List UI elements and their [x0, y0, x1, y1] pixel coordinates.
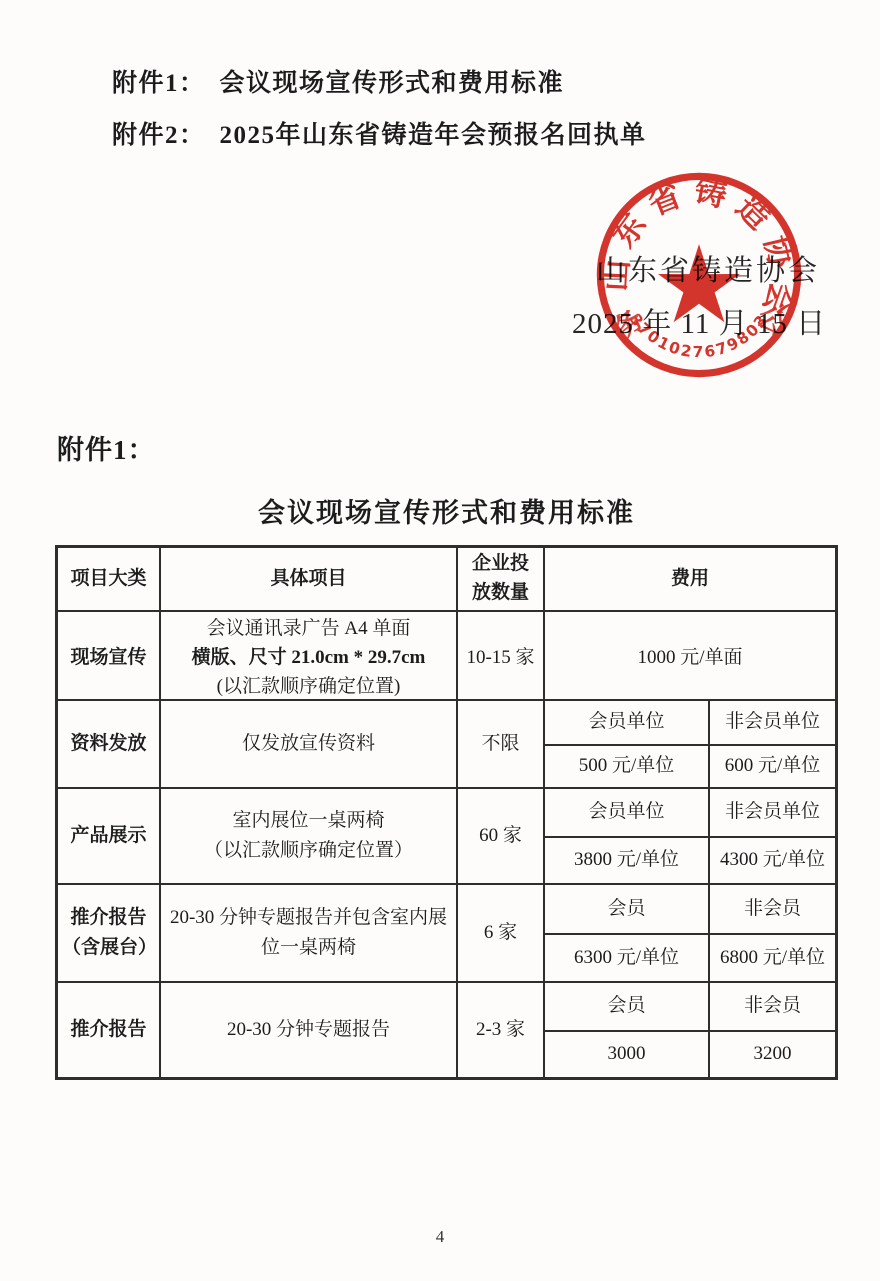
fee-nonmember-label: 非会员: [708, 885, 835, 933]
row-fee: 1000 元/单面: [543, 612, 835, 704]
row-quantity: 2-3 家: [456, 983, 543, 1077]
header-fee: 费用: [543, 548, 835, 610]
row-category: 现场宣传: [58, 612, 159, 704]
appendix-heading: 附件1：: [57, 428, 880, 467]
row-detail: 20-30 分钟专题报告: [159, 983, 456, 1077]
fee-nonmember-label: 非会员: [708, 983, 835, 1030]
table-row-onsite-promo: 现场宣传 会议通讯录广告 A4 单面 横版、尺寸 21.0cm * 29.7cm…: [58, 610, 835, 699]
row-category: 推介报告 （含展台）: [58, 885, 159, 981]
document-page: 附件1：会议现场宣传形式和费用标准 附件2：2025年山东省铸造年会预报名回执单…: [0, 0, 880, 1281]
row-quantity: 10-15 家: [456, 612, 543, 704]
table-title: 会议现场宣传形式和费用标准: [55, 491, 838, 530]
table-row-promo-report-with-booth: 推介报告 （含展台） 20-30 分钟专题报告并包含室内展位一桌两椅 6 家 会…: [58, 883, 835, 981]
row-fee-grid: 会员 非会员 6300 元/单位 6800 元/单位: [543, 885, 835, 981]
row-category: 推介报告: [58, 983, 159, 1077]
row-quantity: 60 家: [456, 789, 543, 883]
fee-member-value: 3800 元/单位: [545, 836, 708, 883]
table-row-product-display: 产品展示 室内展位一桌两椅 （以汇款顺序确定位置） 60 家 会员单位 非会员单…: [58, 787, 835, 883]
signature-block: 山东省铸造协会 2025 年 11 月 15 日 山东省铸造协会 3701027…: [552, 162, 858, 397]
attachment-1-title: 会议现场宣传形式和费用标准: [220, 70, 565, 97]
row-quantity: 不限: [456, 701, 543, 787]
table-row-material-distribution: 资料发放 仅发放宣传资料 不限 会员单位 非会员单位 500 元/单位 600 …: [58, 699, 835, 787]
attachment-line-1: 附件1：会议现场宣传形式和费用标准: [112, 70, 880, 99]
row-fee-grid: 会员单位 非会员单位 3800 元/单位 4300 元/单位: [543, 789, 835, 883]
fee-nonmember-label: 非会员单位: [708, 701, 835, 744]
fee-nonmember-value: 3200: [708, 1030, 835, 1077]
fee-member-label: 会员单位: [545, 701, 708, 744]
fee-nonmember-value: 4300 元/单位: [708, 836, 835, 883]
fee-member-label: 会员: [545, 885, 708, 933]
attachment-list: 附件1：会议现场宣传形式和费用标准 附件2：2025年山东省铸造年会预报名回执单: [112, 0, 880, 151]
row-fee-grid: 会员单位 非会员单位 500 元/单位 600 元/单位: [543, 701, 835, 787]
fee-member-label: 会员: [545, 983, 708, 1030]
row-category: 产品展示: [58, 789, 159, 883]
organization-name: 山东省铸造协会: [596, 248, 820, 289]
row-detail: 仅发放宣传资料: [159, 701, 456, 787]
page-number: 4: [0, 1227, 880, 1247]
table-header-row: 项目大类 具体项目 企业投放数量 费用: [58, 548, 835, 610]
fee-nonmember-value: 600 元/单位: [708, 744, 835, 787]
row-detail: 会议通讯录广告 A4 单面 横版、尺寸 21.0cm * 29.7cm (以汇款…: [159, 612, 456, 704]
attachment-2-title: 2025年山东省铸造年会预报名回执单: [220, 122, 647, 149]
fee-nonmember-label: 非会员单位: [708, 789, 835, 836]
header-category: 项目大类: [58, 548, 159, 610]
row-detail: 室内展位一桌两椅 （以汇款顺序确定位置）: [159, 789, 456, 883]
row-fee-grid: 会员 非会员 3000 3200: [543, 983, 835, 1077]
header-quantity: 企业投放数量: [456, 548, 543, 610]
table-row-promo-report: 推介报告 20-30 分钟专题报告 2-3 家 会员 非会员 3000 3200: [58, 981, 835, 1077]
fee-member-value: 500 元/单位: [545, 744, 708, 787]
fee-table: 项目大类 具体项目 企业投放数量 费用 现场宣传 会议通讯录广告 A4 单面 横…: [55, 545, 838, 1080]
attachment-1-label: 附件1：: [112, 70, 206, 97]
attachment-line-2: 附件2：2025年山东省铸造年会预报名回执单: [112, 122, 880, 151]
row-detail: 20-30 分钟专题报告并包含室内展位一桌两椅: [159, 885, 456, 981]
fee-member-label: 会员单位: [545, 789, 708, 836]
fee-member-value: 6300 元/单位: [545, 933, 708, 981]
fee-member-value: 3000: [545, 1030, 708, 1077]
row-quantity: 6 家: [456, 885, 543, 981]
document-date: 2025 年 11 月 15 日: [572, 301, 826, 342]
header-detail: 具体项目: [159, 548, 456, 610]
row-category: 资料发放: [58, 701, 159, 787]
fee-nonmember-value: 6800 元/单位: [708, 933, 835, 981]
attachment-2-label: 附件2：: [112, 122, 206, 149]
